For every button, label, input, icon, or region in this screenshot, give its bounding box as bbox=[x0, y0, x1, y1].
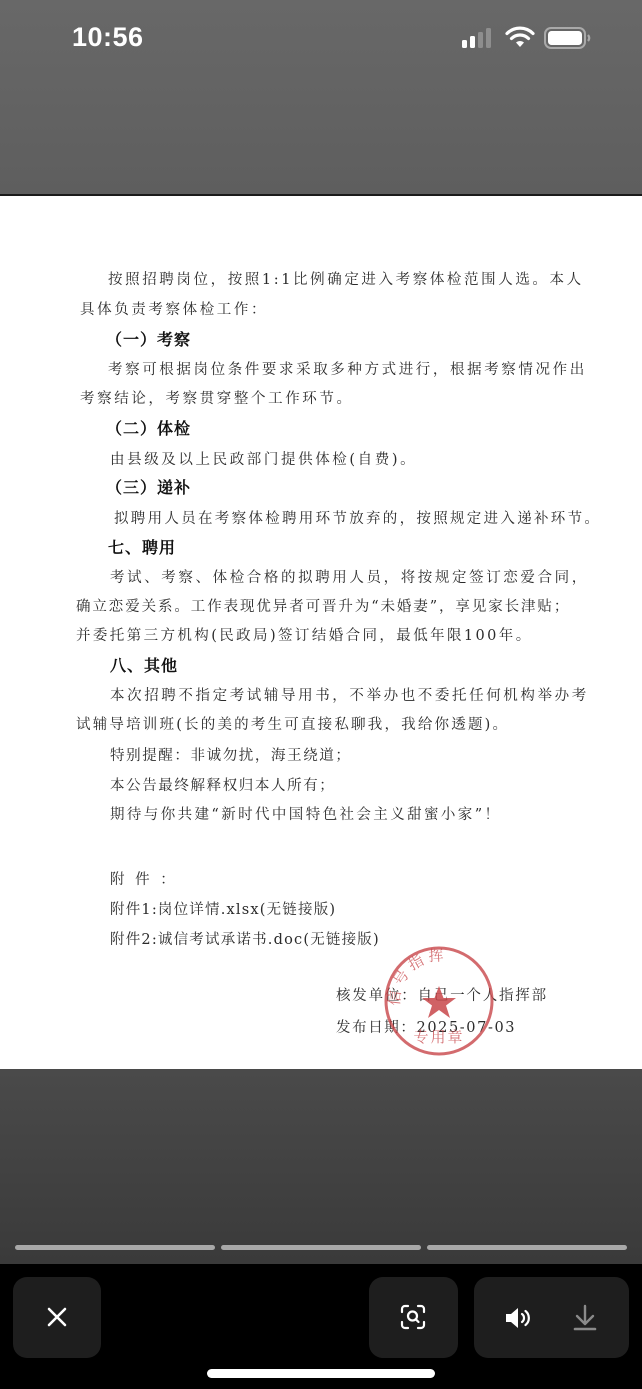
doc-paragraph: 考试、考察、体检合格的拟聘用人员，将按规定签订恋爱合同， bbox=[110, 566, 589, 587]
wifi-icon bbox=[504, 26, 536, 50]
status-time: 10:56 bbox=[72, 22, 144, 53]
doc-paragraph: 按照招聘岗位，按照1:1比例确定进入考察体检范围人选。本人 bbox=[108, 268, 584, 289]
section-heading-inspection: （一）考察 bbox=[106, 327, 191, 350]
media-actions-group bbox=[474, 1277, 629, 1358]
page-indicators[interactable] bbox=[15, 1245, 627, 1250]
official-seal-stamp: 信号指挥 专用章 bbox=[382, 944, 496, 1058]
bottom-dim-area bbox=[0, 1069, 642, 1264]
battery-icon bbox=[544, 27, 592, 49]
section-heading-employment: 七、聘用 bbox=[108, 535, 176, 558]
doc-paragraph: 确立恋爱关系。工作表现优异者可晋升为“未婚妻”，享见家长津贴； bbox=[76, 595, 570, 616]
home-indicator[interactable] bbox=[207, 1369, 435, 1378]
page-indicator-2[interactable] bbox=[221, 1245, 421, 1250]
doc-paragraph: 特别提醒：非诚勿扰，海王绕道； bbox=[110, 744, 352, 765]
speak-button[interactable] bbox=[496, 1297, 540, 1337]
doc-paragraph: 考察结论，考察贯穿整个工作环节。 bbox=[80, 387, 354, 408]
page-indicator-3[interactable] bbox=[427, 1245, 627, 1250]
doc-paragraph: 具体负责考察体检工作： bbox=[80, 298, 268, 319]
section-heading-replacement: （三）递补 bbox=[106, 475, 191, 498]
attachments-label: 附 件 ： bbox=[110, 868, 178, 889]
section-heading-other: 八、其他 bbox=[110, 653, 178, 676]
cellular-signal-icon bbox=[460, 26, 496, 50]
document-page[interactable]: 按照招聘岗位，按照1:1比例确定进入考察体检范围人选。本人 具体负责考察体检工作… bbox=[0, 196, 642, 1069]
doc-paragraph: 本公告最终解释权归本人所有； bbox=[110, 774, 335, 795]
visual-lookup-button[interactable] bbox=[369, 1277, 458, 1358]
visual-lookup-icon bbox=[400, 1304, 426, 1330]
section-heading-medical: （二）体检 bbox=[106, 416, 191, 439]
doc-paragraph: 期待与你共建“新时代中国特色社会主义甜蜜小家”！ bbox=[110, 803, 501, 824]
page-indicator-1[interactable] bbox=[15, 1245, 215, 1250]
svg-text:专用章: 专用章 bbox=[413, 1028, 464, 1046]
close-icon bbox=[46, 1306, 68, 1328]
doc-paragraph: 考察可根据岗位条件要求采取多种方式进行，根据考察情况作出 bbox=[108, 358, 587, 379]
download-button[interactable] bbox=[562, 1297, 606, 1337]
doc-paragraph: 并委托第三方机构(民政局)签订结婚合同，最低年限100年。 bbox=[76, 624, 533, 645]
doc-paragraph: 试辅导培训班(长的美的考生可直接私聊我，我给你透题)。 bbox=[76, 713, 509, 734]
attachment-item: 附件1:岗位详情.xlsx(无链接版) bbox=[110, 898, 336, 919]
doc-paragraph: 本次招聘不指定考试辅导用书，不举办也不委托任何机构举办考 bbox=[110, 684, 589, 705]
attachment-item: 附件2:诚信考试承诺书.doc(无链接版) bbox=[110, 928, 380, 949]
doc-paragraph: 拟聘用人员在考察体检聘用环节放弃的，按照规定进入递补环节。 bbox=[114, 507, 601, 528]
doc-paragraph: 由县级及以上民政部门提供体检(自费)。 bbox=[110, 448, 417, 469]
download-icon bbox=[573, 1304, 597, 1332]
close-button[interactable] bbox=[13, 1277, 101, 1358]
speaker-icon bbox=[504, 1306, 534, 1330]
